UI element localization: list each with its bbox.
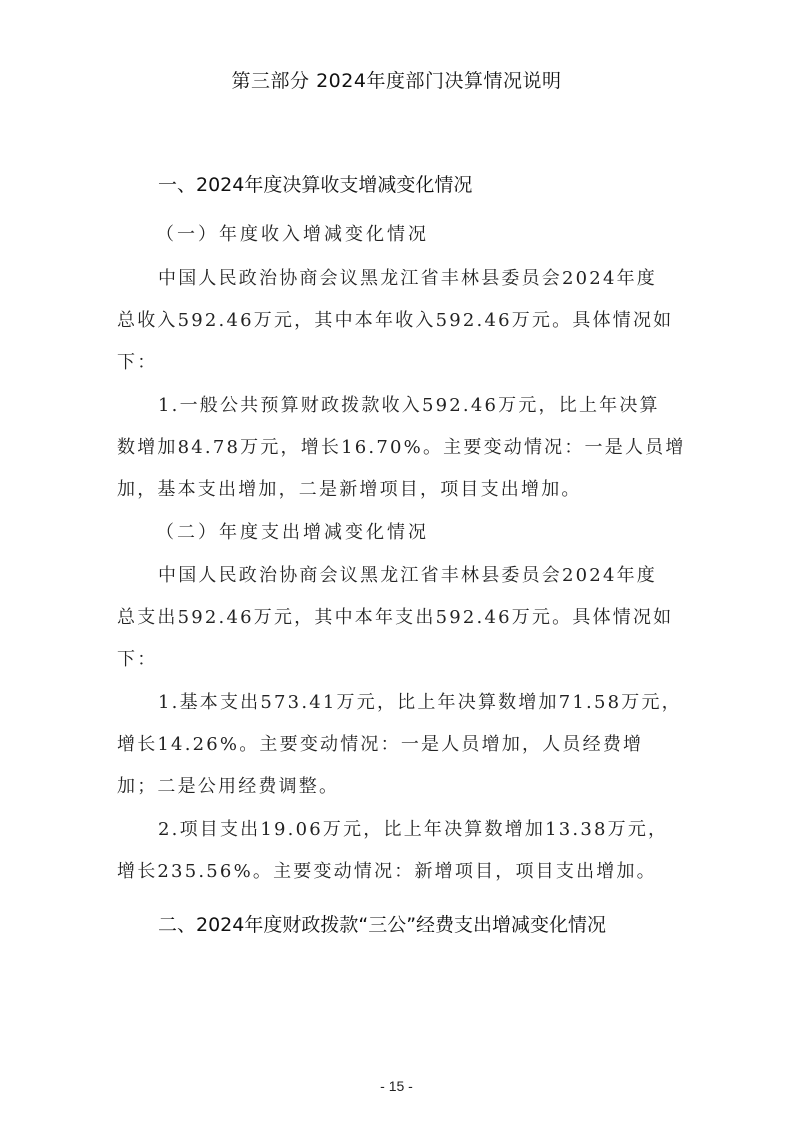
section-1-heading: 一、2024年度决算收支增减变化情况 bbox=[158, 170, 472, 197]
income-item-1-line-3: 加，基本支出增加，二是新增项目，项目支出增加。 bbox=[117, 475, 582, 501]
section-2-heading: 二、2024年度财政拨款“三公”经费支出增减变化情况 bbox=[158, 910, 606, 937]
income-item-1-line-1: 1.一般公共预算财政拨款收入592.46万元，比上年决算 bbox=[158, 391, 660, 417]
expenditure-item-2-line-1: 2.项目支出19.06万元，比上年决算数增加13.38万元， bbox=[158, 815, 668, 841]
income-intro-line-3: 下： bbox=[117, 348, 157, 374]
expenditure-item-1-line-3: 加；二是公用经费调整。 bbox=[117, 772, 339, 798]
expenditure-intro-line-3: 下： bbox=[117, 645, 157, 671]
page-title: 第三部分 2024年度部门决算情况说明 bbox=[0, 66, 793, 93]
document-page: 第三部分 2024年度部门决算情况说明 一、2024年度决算收支增减变化情况 （… bbox=[0, 0, 793, 1122]
expenditure-item-1-line-2: 增长14.26%。主要变动情况：一是人员增加，人员经费增 bbox=[117, 730, 643, 756]
income-item-1-line-2: 数增加84.78万元，增长16.70%。主要变动情况：一是人员增 bbox=[117, 433, 686, 459]
expenditure-item-2-line-2: 增长235.56%。主要变动情况：新增项目，项目支出增加。 bbox=[117, 857, 657, 883]
expenditure-subheading: （二）年度支出增减变化情况 bbox=[156, 518, 429, 544]
income-subheading: （一）年度收入增减变化情况 bbox=[156, 220, 429, 246]
page-number: - 15 - bbox=[0, 1078, 793, 1094]
income-intro-line-2: 总收入592.46万元，其中本年收入592.46万元。具体情况如 bbox=[117, 306, 673, 332]
expenditure-intro-line-2: 总支出592.46万元，其中本年支出592.46万元。具体情况如 bbox=[117, 603, 673, 629]
expenditure-intro-line-1: 中国人民政治协商会议黑龙江省丰林县委员会2024年度 bbox=[158, 561, 657, 587]
income-intro-line-1: 中国人民政治协商会议黑龙江省丰林县委员会2024年度 bbox=[158, 264, 657, 290]
expenditure-item-1-line-1: 1.基本支出573.41万元，比上年决算数增加71.58万元， bbox=[158, 688, 682, 714]
